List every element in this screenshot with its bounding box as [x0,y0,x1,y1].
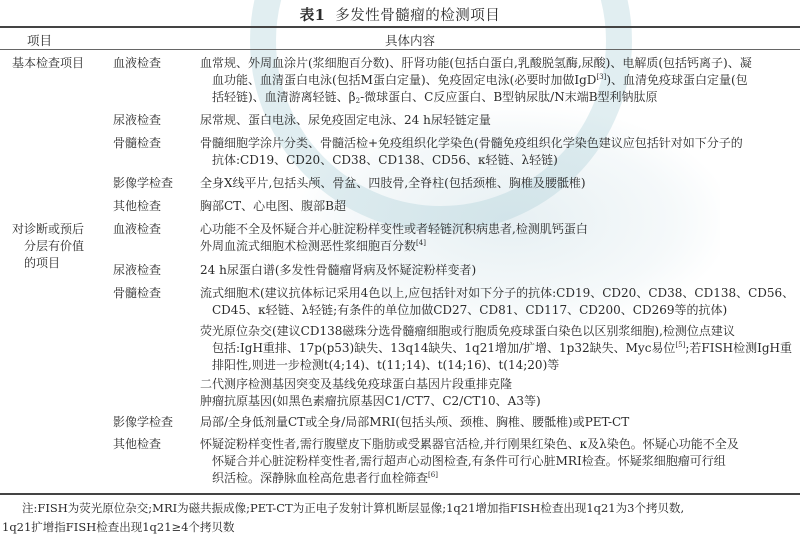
table-note: 注:FISH为荧光原位杂交;MRI为磁共振成像;PET-CT为正电子发射计算机断… [22,500,684,517]
row-sub-label: 骨髓检查 [113,285,161,302]
row-content-line: 怀疑淀粉样变性者,需行腹壁皮下脂肪或受累器官活检,并行刚果红染色、κ及λ染色。怀… [200,436,739,453]
row-content-line: 血常规、外周血涂片(浆细胞百分数)、肝肾功能(包括白蛋白,乳酸脱氢酶,尿酸)、电… [200,55,752,72]
row-sub-label: 影像学检查 [113,414,173,431]
row-content-line: 荧光原位杂交(建议CD138磁珠分选骨髓瘤细胞或行胞质免疫球蛋白染色以区别浆细胞… [200,323,735,340]
top-rule [0,26,800,28]
row-content-line: 24 h尿蛋白谱(多发性骨髓瘤肾病及怀疑淀粉样变者) [200,262,476,279]
row-sub-label: 其他检查 [113,198,161,215]
header-content: 具体内容 [385,31,435,49]
row-sub-label: 尿液检查 [113,112,161,129]
row-sub-label: 血液检查 [113,55,161,72]
row-content-line: 心功能不全及怀疑合并心脏淀粉样变性或者轻链沉积病患者,检测肌钙蛋白 [200,221,588,238]
group-basic: 基本检查项目 [12,55,84,72]
row-content-line: 怀疑合并心脏淀粉样变性者,需行超声心动图检查,有条件可行心脏MRI检查。怀疑浆细… [200,453,726,470]
row-content-line: 尿常规、蛋白电泳、尿免疫固定电泳、24 h尿轻链定量 [200,112,491,129]
row-content-line: 包括:IgH重排、17p(p53)缺失、13q14缺失、1q21增加/扩增、1p… [200,340,792,357]
table-title: 多发性骨髓瘤的检测项目 [335,8,500,24]
row-content-line: 外周血流式细胞术检测恶性浆细胞百分数[4] [200,238,426,255]
row-content-line: 排阳性,则进一步检测t(4;14)、t(11;14)、t(14;16)、t(14… [200,357,559,374]
table-caption: 表1多发性骨髓瘤的检测项目 [0,4,800,25]
row-content-line: 局部/全身低剂量CT或全身/局部MRI(包括头颅、颈椎、胸椎、腰骶椎)或PET-… [200,414,629,431]
row-sub-label: 影像学检查 [113,175,173,192]
group-prognostic: 的项目 [12,255,60,272]
group-prognostic: 对诊断或预后 [12,221,84,238]
row-content-line: 二代测序检测基因突变及基线免疫球蛋白基因片段重排克隆 [200,376,512,393]
row-sub-label: 血液检查 [113,221,161,238]
row-content-line: 肿瘤抗原基因(如黑色素瘤抗原基因C1/CT7、C2/CT10、A3等) [200,393,541,410]
row-sub-label: 其他检查 [113,436,161,453]
row-content-line: 胸部CT、心电图、腹部B超 [200,198,346,215]
header-rule [0,49,800,50]
row-content-line: 织活检。深静脉血栓高危患者行血栓筛查[6] [200,470,438,487]
table-label: 表1 [300,7,326,24]
header-item: 项目 [27,31,52,49]
row-content-line: 抗体:CD19、CD20、CD38、CD138、CD56、κ轻链、λ轻链) [200,152,558,169]
group-prognostic: 分层有价值 [12,238,84,255]
row-sub-label: 骨髓检查 [113,135,161,152]
row-content-line: 流式细胞术(建议抗体标记采用4色以上,应包括针对如下分子的抗体:CD19、CD2… [200,285,794,302]
row-content-line: CD45、κ轻链、λ轻链;有条件的单位加做CD27、CD81、CD117、CD2… [200,302,727,319]
row-content-line: 括轻链)、血清游离轻链、β2-微球蛋白、C反应蛋白、B型钠尿肽/N末端B型利钠肽… [200,89,658,106]
row-content-line: 血功能、血清蛋白电泳(包括M蛋白定量)、免疫固定电泳(必要时加做IgD[3])、… [200,72,748,89]
row-sub-label: 尿液检查 [113,262,161,279]
row-content-line: 骨髓细胞学涂片分类、骨髓活检+免疫组织化学染色(骨髓免疫组织化学染色建议应包括针… [200,135,743,152]
row-content-line: 全身X线平片,包括头颅、骨盆、四肢骨,全脊柱(包括颈椎、胸椎及腰骶椎) [200,175,586,192]
table-note: 1q21扩增指FISH检查出现1q21≥4个拷贝数 [2,519,235,536]
bottom-rule [0,493,800,495]
